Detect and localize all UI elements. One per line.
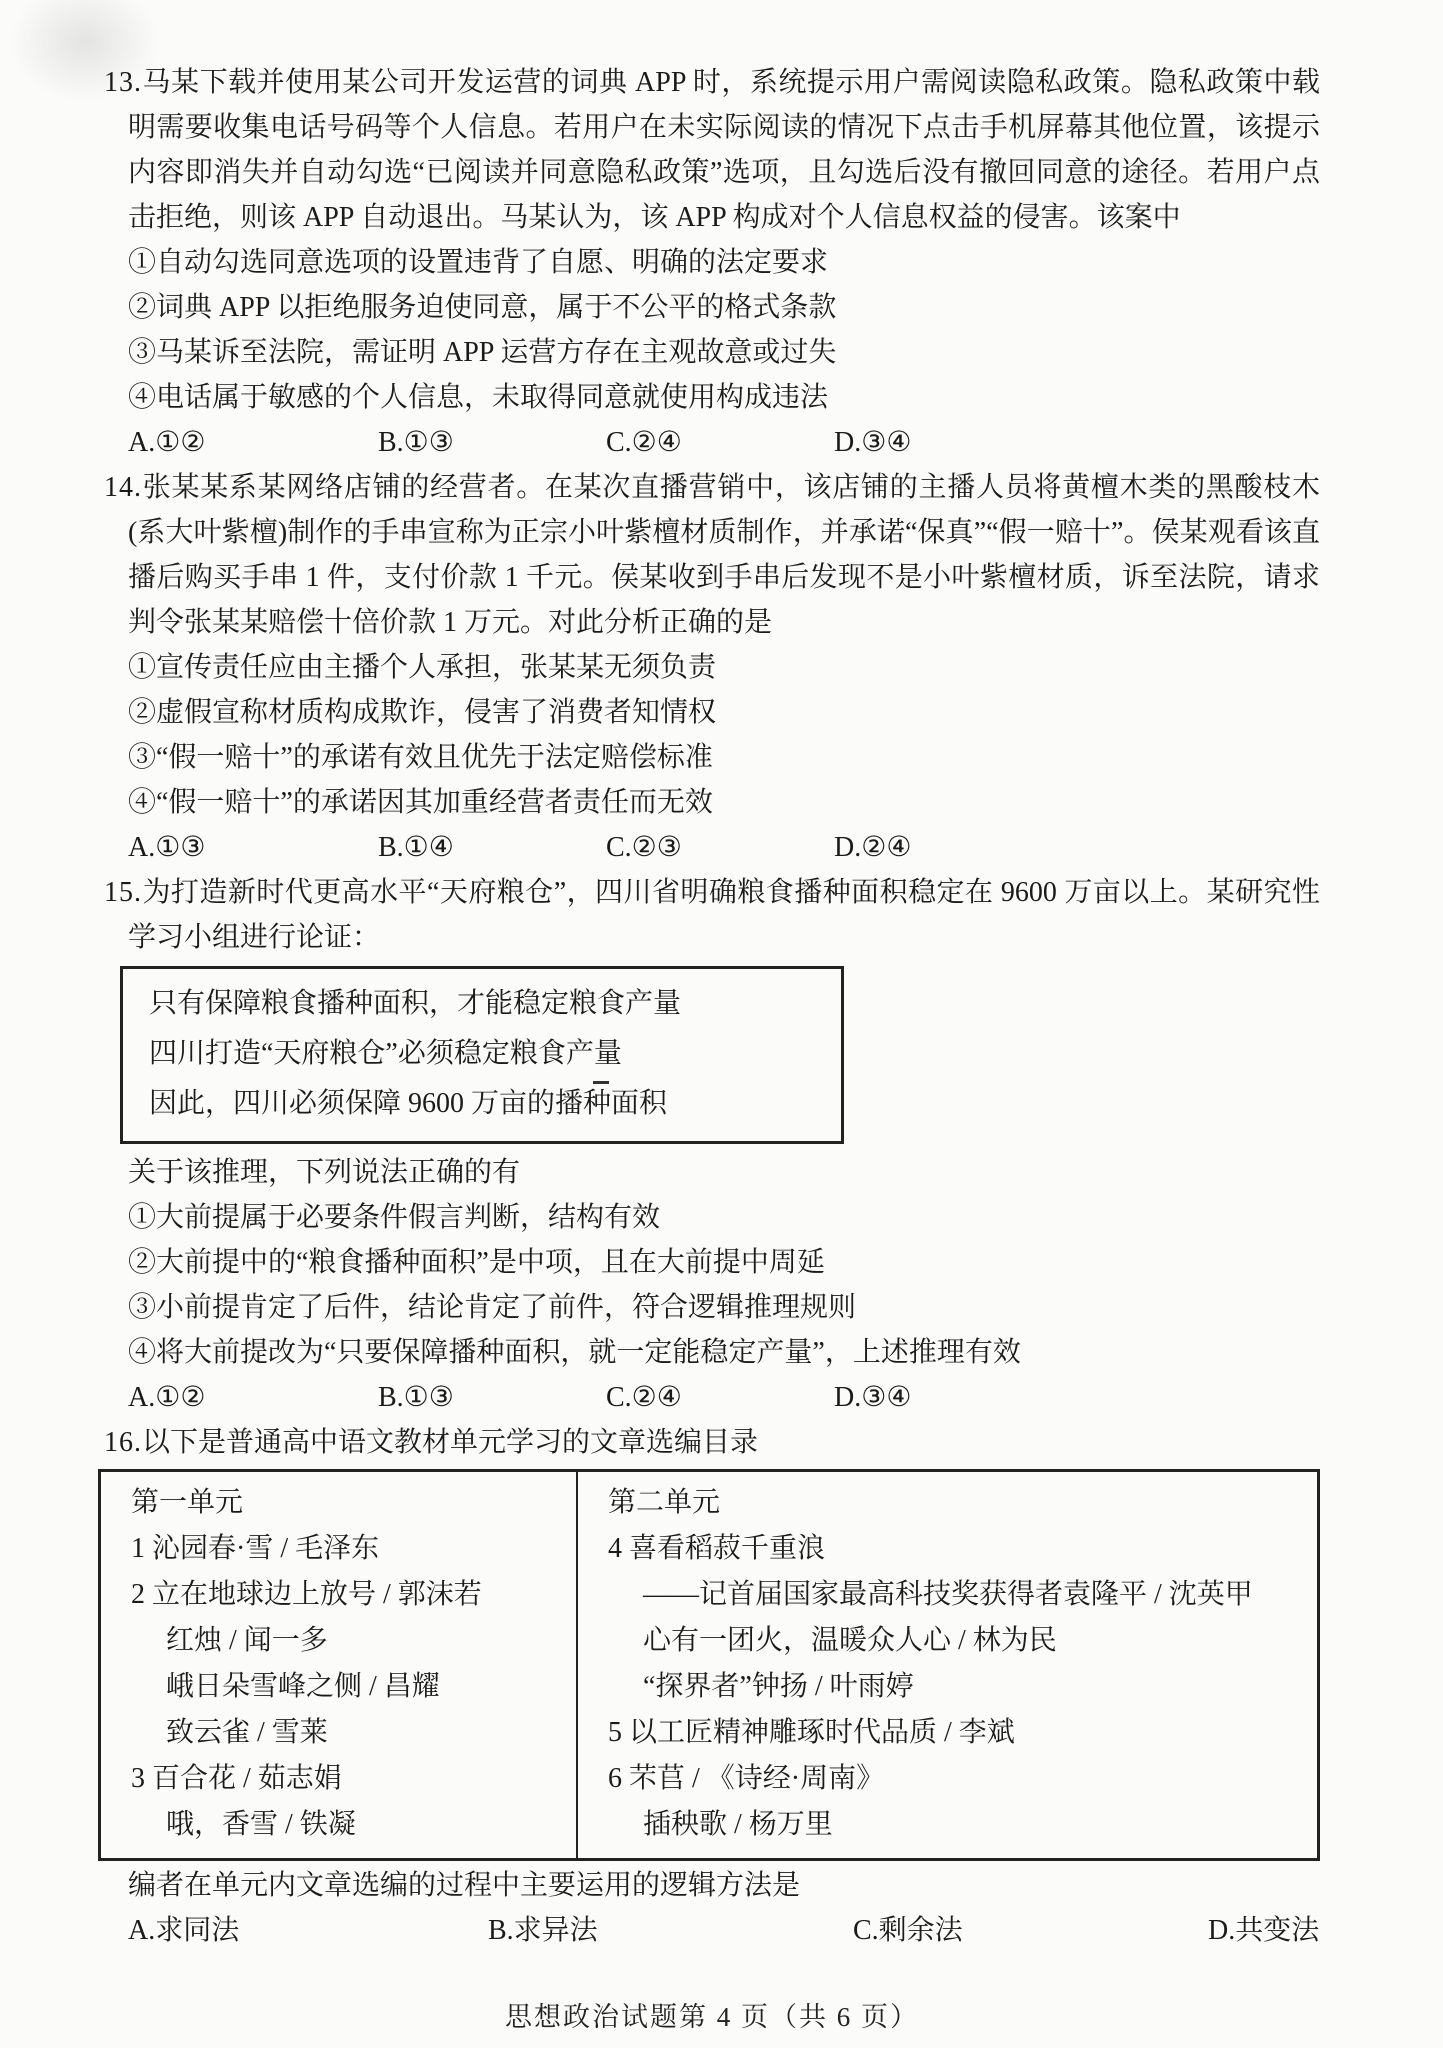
question-13-item-4: ④电话属于敏感的个人信息，未取得同意就使用构成违法 — [104, 375, 1320, 420]
unit-1-line: 红烛 / 闻一多 — [131, 1618, 566, 1664]
unit-1-line: 3 百合花 / 茹志娟 — [131, 1756, 566, 1802]
question-14-option-d: D.②④ — [834, 825, 1320, 870]
question-16-stem-text: 以下是普通高中语文教材单元学习的文章选编目录 — [142, 1427, 758, 1458]
unit-2-cell: 第二单元 4 喜看稻菽千重浪 ——记首届国家最高科技奖获得者袁隆平 / 沈英甲 … — [578, 1472, 1317, 1858]
unit-2-line: 4 喜看稻菽千重浪 — [608, 1526, 1307, 1572]
syllogism-box: 只有保障粮食播种面积，才能稳定粮食产量 四川打造“天府粮仓”必须稳定粮食产量 因… — [120, 966, 844, 1144]
question-14: 14.张某某系某网络店铺的经营者。在某次直播营销中，该店铺的主播人员将黄檀木类的… — [104, 465, 1320, 870]
question-16-option-c: C.剩余法 — [853, 1908, 1208, 1953]
unit-1-cell: 第一单元 1 沁园春·雪 / 毛泽东 2 立在地球边上放号 / 郭沫若 红烛 /… — [101, 1472, 578, 1858]
question-16: 16.以下是普通高中语文教材单元学习的文章选编目录 第一单元 1 沁园春·雪 /… — [104, 1420, 1320, 1953]
question-15-options-row: A.①② B.①③ C.②④ D.③④ — [104, 1375, 1320, 1420]
question-13: 13.马某下载并使用某公司开发运营的词典 APP 时，系统提示用户需阅读隐私政策… — [104, 60, 1320, 465]
question-13-option-c: C.②④ — [606, 420, 834, 465]
question-15-prompt: 关于该推理，下列说法正确的有 — [104, 1150, 1320, 1195]
question-14-number: 14. — [104, 472, 142, 503]
question-15-option-b: B.①③ — [378, 1375, 606, 1420]
unit-1-header: 第一单元 — [131, 1480, 566, 1526]
question-14-option-c: C.②③ — [606, 825, 834, 870]
question-14-option-b: B.①④ — [378, 825, 606, 870]
question-16-number: 16. — [104, 1427, 142, 1458]
question-14-item-3: ③“假一赔十”的承诺有效且优先于法定赔偿标准 — [104, 735, 1320, 780]
unit-2-line: “探界者”钟扬 / 叶雨婷 — [608, 1664, 1307, 1710]
question-14-option-a: A.①③ — [128, 825, 378, 870]
question-16-option-b: B.求异法 — [488, 1908, 853, 1953]
question-13-item-3: ③马某诉至法院，需证明 APP 运营方存在主观故意或过失 — [104, 330, 1320, 375]
question-13-options-row: A.①② B.①③ C.②④ D.③④ — [104, 420, 1320, 465]
question-13-option-a: A.①② — [128, 420, 378, 465]
question-13-option-d: D.③④ — [834, 420, 1320, 465]
question-13-option-b: B.①③ — [378, 420, 606, 465]
question-15-item-2: ②大前提中的“粮食播种面积”是中项，且在大前提中周延 — [104, 1240, 1320, 1285]
unit-1-line: 2 立在地球边上放号 / 郭沫若 — [131, 1572, 566, 1618]
question-13-stem-text: 马某下载并使用某公司开发运营的词典 APP 时，系统提示用户需阅读隐私政策。隐私… — [128, 67, 1320, 233]
question-16-option-a: A.求同法 — [128, 1908, 488, 1953]
question-15-stem-text: 为打造新时代更高水平“天府粮仓”，四川省明确粮食播种面积稳定在 9600 万亩以… — [128, 877, 1320, 953]
unit-2-line: 插秧歌 / 杨万里 — [608, 1802, 1307, 1848]
unit-1-line: 致云雀 / 雪莱 — [131, 1710, 566, 1756]
question-15-item-1: ①大前提属于必要条件假言判断，结构有效 — [104, 1195, 1320, 1240]
exam-content: 13.马某下载并使用某公司开发运营的词典 APP 时，系统提示用户需阅读隐私政策… — [104, 60, 1320, 2040]
question-16-stem: 16.以下是普通高中语文教材单元学习的文章选编目录 — [104, 1420, 1320, 1465]
question-14-stem: 14.张某某系某网络店铺的经营者。在某次直播营销中，该店铺的主播人员将黄檀木类的… — [104, 465, 1320, 645]
question-15-stem: 15.为打造新时代更高水平“天府粮仓”，四川省明确粮食播种面积稳定在 9600 … — [104, 870, 1320, 960]
question-14-stem-text: 张某某系某网络店铺的经营者。在某次直播营销中，该店铺的主播人员将黄檀木类的黑酸枝… — [128, 472, 1320, 638]
question-16-option-d: D.共变法 — [1208, 1908, 1320, 1953]
unit-2-header: 第二单元 — [608, 1480, 1307, 1526]
question-13-stem: 13.马某下载并使用某公司开发运营的词典 APP 时，系统提示用户需阅读隐私政策… — [104, 60, 1320, 240]
exam-page: 13.马某下载并使用某公司开发运营的词典 APP 时，系统提示用户需阅读隐私政策… — [0, 0, 1443, 2048]
question-14-item-2: ②虚假宣称材质构成欺诈，侵害了消费者知情权 — [104, 690, 1320, 735]
question-16-prompt: 编者在单元内文章选编的过程中主要运用的逻辑方法是 — [104, 1863, 1320, 1908]
syllogism-separator-dash — [593, 1081, 609, 1084]
question-15: 15.为打造新时代更高水平“天府粮仓”，四川省明确粮食播种面积稳定在 9600 … — [104, 870, 1320, 1420]
question-15-option-c: C.②④ — [606, 1375, 834, 1420]
question-14-item-1: ①宣传责任应由主播个人承担，张某某无须负责 — [104, 645, 1320, 690]
question-14-item-4: ④“假一赔十”的承诺因其加重经营者责任而无效 — [104, 780, 1320, 825]
unit-1-line: 哦，香雪 / 铁凝 — [131, 1802, 566, 1848]
question-13-number: 13. — [104, 67, 142, 98]
unit-1-line: 峨日朵雪峰之侧 / 昌耀 — [131, 1664, 566, 1710]
page-footer: 思想政治试题第 4 页（共 6 页） — [104, 1995, 1320, 2040]
question-13-item-1: ①自动勾选同意选项的设置违背了自愿、明确的法定要求 — [104, 240, 1320, 285]
unit-1-line: 1 沁园春·雪 / 毛泽东 — [131, 1526, 566, 1572]
question-15-item-4: ④将大前提改为“只要保障播种面积，就一定能稳定产量”，上述推理有效 — [104, 1330, 1320, 1375]
unit-2-line: 6 芣苢 / 《诗经·周南》 — [608, 1756, 1307, 1802]
question-16-options-row: A.求同法 B.求异法 C.剩余法 D.共变法 — [104, 1908, 1320, 1953]
question-15-number: 15. — [104, 877, 142, 908]
syllogism-minor-premise: 四川打造“天府粮仓”必须稳定粮食产量 — [149, 1029, 815, 1079]
syllogism-major-premise: 只有保障粮食播种面积，才能稳定粮食产量 — [149, 979, 815, 1029]
syllogism-conclusion: 因此，四川必须保障 9600 万亩的播种面积 — [149, 1079, 815, 1129]
unit-2-line: ——记首届国家最高科技奖获得者袁隆平 / 沈英甲 — [608, 1572, 1307, 1618]
unit-catalog-table: 第一单元 1 沁园春·雪 / 毛泽东 2 立在地球边上放号 / 郭沫若 红烛 /… — [98, 1469, 1320, 1861]
unit-2-line: 5 以工匠精神雕琢时代品质 / 李斌 — [608, 1710, 1307, 1756]
question-15-option-a: A.①② — [128, 1375, 378, 1420]
question-13-item-2: ②词典 APP 以拒绝服务迫使同意，属于不公平的格式条款 — [104, 285, 1320, 330]
question-14-options-row: A.①③ B.①④ C.②③ D.②④ — [104, 825, 1320, 870]
question-15-option-d: D.③④ — [834, 1375, 1320, 1420]
question-15-item-3: ③小前提肯定了后件，结论肯定了前件，符合逻辑推理规则 — [104, 1285, 1320, 1330]
unit-2-line: 心有一团火，温暖众人心 / 林为民 — [608, 1618, 1307, 1664]
